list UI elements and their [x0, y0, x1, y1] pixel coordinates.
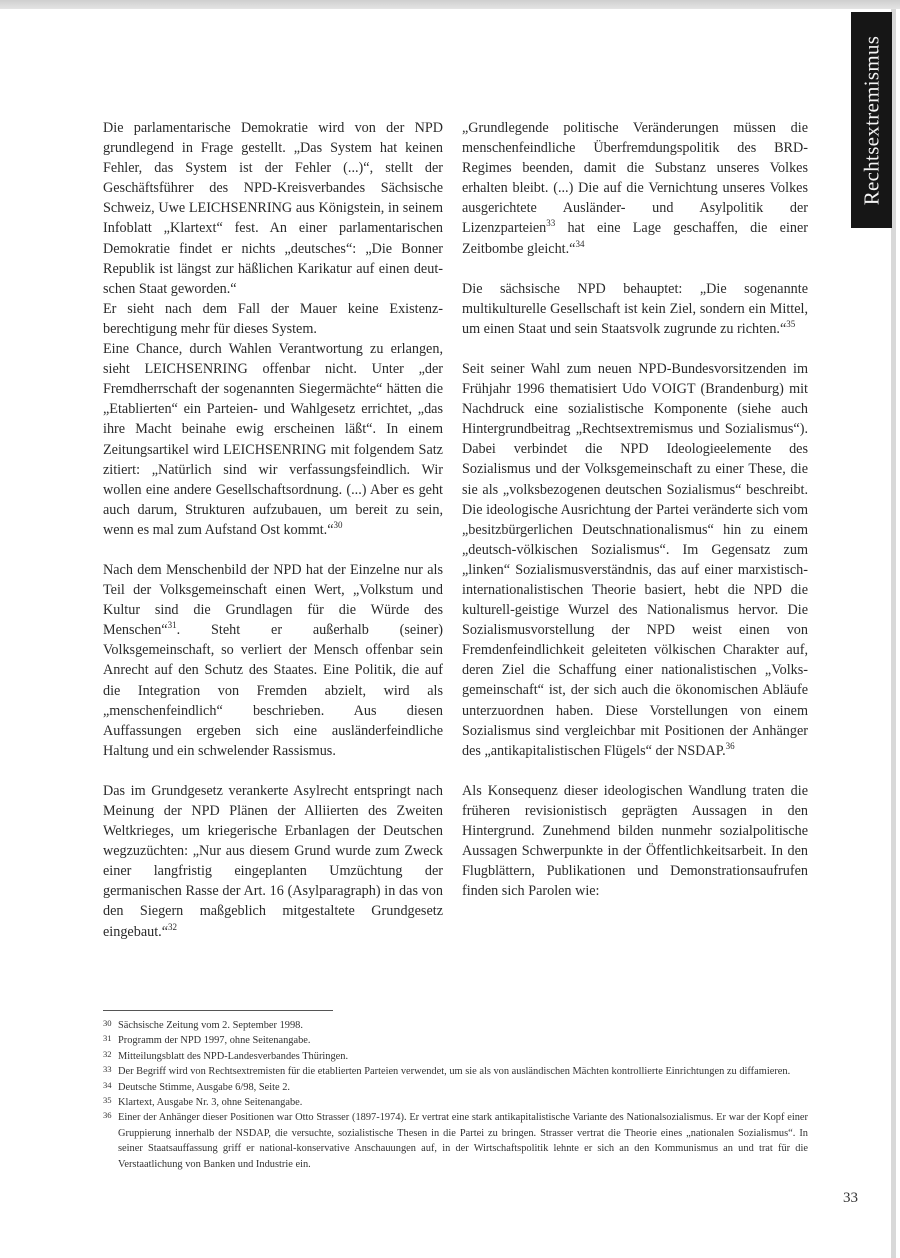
paragraph: Die sächsische NPD behauptet: „Die sogen…: [462, 279, 808, 339]
footnote-ref[interactable]: 30: [334, 520, 343, 530]
page-number: 33: [843, 1190, 858, 1207]
paragraph: Das im Grundgesetz verankerte Asylrecht …: [103, 781, 443, 942]
scan-top-edge: [0, 0, 900, 9]
footnote-ref[interactable]: 31: [168, 620, 177, 630]
footnote: 36Einer der Anhänger dieser Positionen w…: [103, 1110, 808, 1172]
footnote-ref[interactable]: 35: [786, 319, 795, 329]
paragraph: Als Konsequenz dieser ideologischen Wand…: [462, 781, 808, 902]
section-tab: Rechtsextremismus: [851, 12, 892, 228]
footnote-ref[interactable]: 36: [726, 741, 735, 751]
footnote: 30Sächsische Zeitung vom 2. September 19…: [103, 1018, 808, 1033]
section-tab-label: Rechtsextremismus: [859, 35, 884, 205]
footnote: 34Deutsche Stimme, Ausgabe 6/98, Seite 2…: [103, 1080, 808, 1095]
footnote-ref[interactable]: 34: [575, 239, 584, 249]
paragraph: Eine Chance, durch Wahlen Verantwortung …: [103, 339, 443, 540]
paragraph: „Grundlegende politische Veränderungen m…: [462, 118, 808, 259]
paragraph: Die parlamentarische Demokratie wird von…: [103, 118, 443, 299]
paragraph: Seit seiner Wahl zum neuen NPD-Bundesvor…: [462, 359, 808, 761]
right-column: „Grundlegende politische Veränderungen m…: [462, 118, 808, 921]
footnotes: 30Sächsische Zeitung vom 2. September 19…: [103, 1018, 808, 1172]
footnote: 33Der Begriff wird von Rechtsextremisten…: [103, 1064, 808, 1079]
paragraph: Nach dem Menschenbild der NPD hat der Ei…: [103, 560, 443, 761]
footnote-ref[interactable]: 32: [168, 922, 177, 932]
footnote: 31Programm der NPD 1997, ohne Seitenanga…: [103, 1033, 808, 1048]
footnote: 35Klartext, Ausgabe Nr. 3, ohne Seitenan…: [103, 1095, 808, 1110]
paragraph: Er sieht nach dem Fall der Mauer keine E…: [103, 299, 443, 339]
footnote-divider: [103, 1010, 333, 1011]
footnote-ref[interactable]: 33: [546, 218, 555, 228]
left-column: Die parlamentarische Demokratie wird von…: [103, 118, 443, 962]
footnote: 32Mitteilungsblatt des NPD-Landesverband…: [103, 1049, 808, 1064]
